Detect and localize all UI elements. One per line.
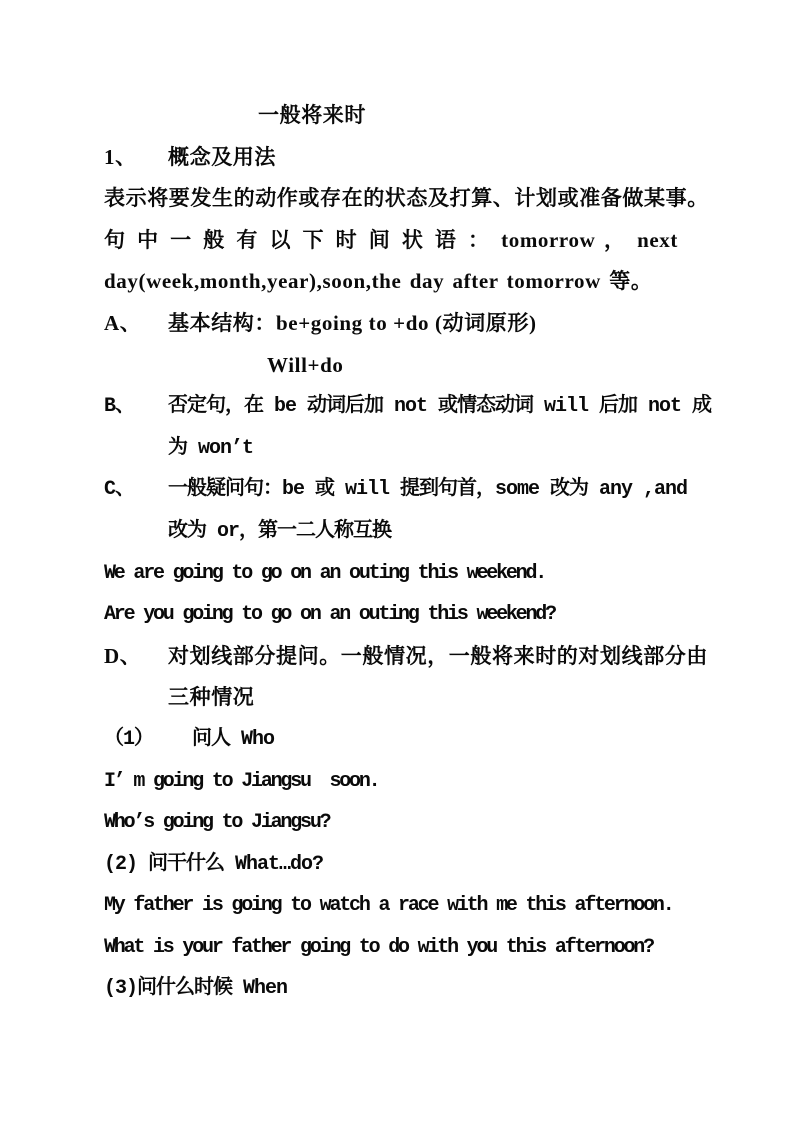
- item-b-text: 否定句，在 be 动词后加 not 或情态动词 will 后加 not 成: [168, 395, 711, 418]
- subitem-2-what: (2) 问干什么 What…do?: [104, 844, 696, 886]
- item-d-continuation-text: 三种情况: [168, 685, 254, 709]
- example-jiangsu-statement: I’ m going to Jiangsu soon.: [104, 761, 696, 803]
- item-c-question: C、一般疑问句：be 或 will 提到句首，some 改为 any ,and: [104, 469, 696, 511]
- example-jiangsu-question: Who’s going to Jiangsu?: [104, 802, 696, 844]
- item-b-marker: B、: [104, 386, 168, 428]
- item-b-negative: B、否定句，在 be 动词后加 not 或情态动词 will 后加 not 成: [104, 386, 696, 428]
- item-d-marker: D、: [104, 636, 168, 678]
- doc-title-text: 一般将来时: [258, 103, 366, 127]
- item-c-continuation: 改为 or，第一二人称互换: [168, 511, 696, 553]
- example-father-question-text: What is your father going to do with you…: [104, 936, 653, 959]
- section-1-heading: 1、概念及用法: [104, 137, 696, 179]
- example-jiangsu-statement-text: I’ m going to Jiangsu soon.: [104, 770, 378, 793]
- section-1-marker: 1、: [104, 137, 168, 179]
- item-a-structure: A、基本结构：be+going to +do (动词原形): [104, 303, 696, 345]
- example-father-question: What is your father going to do with you…: [104, 927, 696, 969]
- example-father-statement-text: My father is going to watch a race with …: [104, 894, 673, 917]
- item-c-marker: C、: [104, 469, 168, 511]
- example-outing-statement: We are going to go on an outing this wee…: [104, 553, 696, 595]
- item-c-continuation-text: 改为 or，第一二人称互换: [168, 520, 391, 543]
- subitem-3-text: (3)问什么时候 When: [104, 977, 287, 1000]
- item-c-text: 一般疑问句：be 或 will 提到句首，some 改为 any ,and: [168, 478, 687, 501]
- item-a-will-do: Will+do: [267, 345, 696, 387]
- item-b-continuation: 为 won’t: [168, 428, 696, 470]
- item-a-text: 基本结构：be+going to +do (动词原形): [168, 311, 537, 335]
- item-a-will-do-text: Will+do: [267, 353, 343, 377]
- paragraph-definition-text: 表示将要发生的动作或存在的状态及打算、计划或准备做某事。: [104, 186, 709, 210]
- subitem-2-text: (2) 问干什么 What…do?: [104, 853, 323, 876]
- subitem-1-text: 问人 Who: [192, 728, 274, 751]
- subitem-1-who: （1）问人 Who: [104, 719, 696, 761]
- example-father-statement: My father is going to watch a race with …: [104, 885, 696, 927]
- example-jiangsu-question-text: Who’s going to Jiangsu?: [104, 811, 329, 834]
- document-page: 一般将来时 1、概念及用法 表示将要发生的动作或存在的状态及打算、计划或准备做某…: [0, 0, 793, 1122]
- item-d-text: 对划线部分提问。一般情况，一般将来时的对划线部分由: [168, 644, 708, 668]
- item-d-continuation: 三种情况: [168, 677, 696, 719]
- paragraph-adverbials-text-2: day(week,month,year),soon,the day after …: [104, 269, 652, 293]
- subitem-3-when: (3)问什么时候 When: [104, 968, 696, 1010]
- item-d-underline: D、对划线部分提问。一般情况，一般将来时的对划线部分由: [104, 636, 696, 678]
- paragraph-adverbials-line-1: 句 中 一 般 有 以 下 时 间 状 语 ： tomorrow ， next: [104, 220, 678, 262]
- doc-title: 一般将来时: [258, 95, 696, 137]
- subitem-1-marker: （1）: [104, 719, 192, 761]
- example-outing-question-text: Are you going to go on an outing this we…: [104, 603, 555, 626]
- document-body: 一般将来时 1、概念及用法 表示将要发生的动作或存在的状态及打算、计划或准备做某…: [104, 95, 696, 1010]
- example-outing-question: Are you going to go on an outing this we…: [104, 594, 696, 636]
- example-outing-statement-text: We are going to go on an outing this wee…: [104, 562, 545, 585]
- paragraph-adverbials-line-2: day(week,month,year),soon,the day after …: [104, 261, 696, 303]
- paragraph-adverbials-text-1: 句 中 一 般 有 以 下 时 间 状 语 ： tomorrow ， next: [104, 228, 678, 252]
- section-1-heading-text: 概念及用法: [168, 145, 276, 169]
- item-a-marker: A、: [104, 303, 168, 345]
- item-b-continuation-text: 为 won’t: [168, 437, 253, 460]
- paragraph-definition: 表示将要发生的动作或存在的状态及打算、计划或准备做某事。: [104, 178, 696, 220]
